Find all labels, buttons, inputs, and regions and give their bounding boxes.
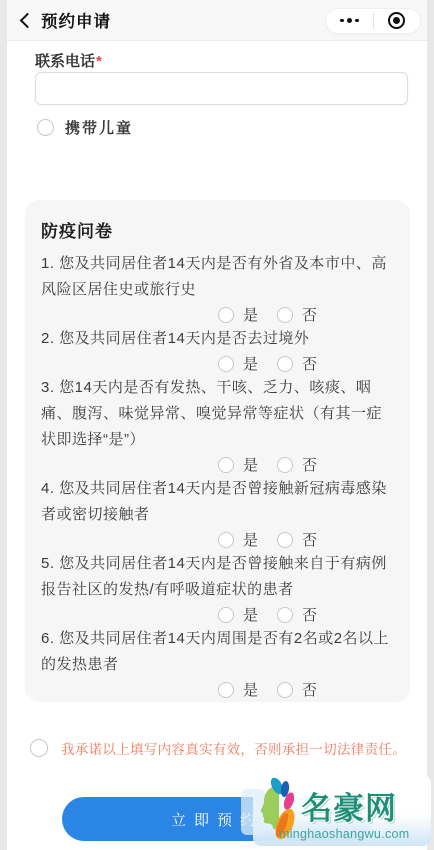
navbar: 预约申请: [7, 0, 427, 41]
question-text-3: 3. 您14天内是否有发热、干咳、乏力、咳痰、咽痛、腹泻、味觉异常、嗅觉异常等症…: [41, 375, 394, 453]
question-text-2: 2. 您及共同居住者14天内是否去过境外: [41, 326, 394, 352]
q5-radio-no[interactable]: [277, 607, 293, 623]
q2-radio-yes[interactable]: [218, 356, 234, 372]
q3-radio-no[interactable]: [277, 457, 293, 473]
chevron-left-icon: [19, 12, 35, 28]
back-button[interactable]: [7, 0, 41, 41]
q1-radio-no-label[interactable]: 否: [302, 304, 317, 325]
question-options-3: 是 否: [41, 453, 394, 476]
question-text-6: 6. 您及共同居住者14天内周围是否有2名或2名以上的发热患者: [41, 626, 394, 678]
question-options-5: 是 否: [41, 603, 394, 626]
agreement-row[interactable]: 我承诺以上填写内容真实有效，否则承担一切法律责任。: [30, 738, 420, 758]
page-title: 预约申请: [41, 8, 111, 32]
q3-radio-yes-label[interactable]: 是: [243, 454, 258, 475]
questionnaire-card: 防疫问卷 1. 您及共同居住者14天内是否有外省及本市中、高风险区居住史或旅行史…: [25, 200, 410, 702]
q6-radio-no[interactable]: [277, 682, 293, 698]
q6-radio-no-label[interactable]: 否: [302, 679, 317, 700]
question-options-4: 是 否: [41, 528, 394, 551]
question-options-2: 是 否: [41, 352, 394, 375]
q2-radio-no[interactable]: [277, 356, 293, 372]
question-block-4: 4. 您及共同居住者14天内是否曾接触新冠病毒感染者或密切接触者 是 否: [41, 476, 394, 551]
question-block-6: 6. 您及共同居住者14天内周围是否有2名或2名以上的发热患者 是 否: [41, 626, 394, 701]
phone-input[interactable]: [35, 72, 408, 105]
children-radio[interactable]: [37, 119, 54, 136]
agreement-text: 我承诺以上填写内容真实有效，否则承担一切法律责任。: [61, 738, 406, 758]
question-options-6: 是 否: [41, 678, 394, 701]
question-text-4: 4. 您及共同居住者14天内是否曾接触新冠病毒感染者或密切接触者: [41, 476, 394, 528]
question-text-5: 5. 您及共同居住者14天内是否曾接触来自于有病例报告社区的发热/有呼吸道症状的…: [41, 551, 394, 603]
phone-field-label: 联系电话*: [35, 50, 102, 71]
close-minimize-button[interactable]: [374, 9, 421, 33]
q5-radio-yes-label[interactable]: 是: [243, 604, 258, 625]
q5-radio-yes[interactable]: [218, 607, 234, 623]
question-block-3: 3. 您14天内是否有发热、干咳、乏力、咳痰、咽痛、腹泻、味觉异常、嗅觉异常等症…: [41, 375, 394, 476]
q4-radio-yes-label[interactable]: 是: [243, 529, 258, 550]
q6-radio-yes[interactable]: [218, 682, 234, 698]
watermark: 名豪网 minghaoshangwu.com: [253, 775, 431, 846]
question-block-2: 2. 您及共同居住者14天内是否去过境外 是 否: [41, 326, 394, 375]
question-text-1: 1. 您及共同居住者14天内是否有外省及本市中、高风险区居住史或旅行史: [41, 251, 394, 303]
question-options-1: 是 否: [41, 303, 394, 326]
question-block-1: 1. 您及共同居住者14天内是否有外省及本市中、高风险区居住史或旅行史 是 否: [41, 251, 394, 326]
q3-radio-yes[interactable]: [218, 457, 234, 473]
circle-dot-icon: [388, 12, 405, 29]
q6-radio-yes-label[interactable]: 是: [243, 679, 258, 700]
q3-radio-no-label[interactable]: 否: [302, 454, 317, 475]
children-option-row[interactable]: 携带儿童: [37, 117, 133, 138]
watermark-site-url: minghaoshangwu.com: [279, 827, 409, 841]
q4-radio-no-label[interactable]: 否: [302, 529, 317, 550]
wechat-capsule: [325, 8, 421, 34]
q1-radio-no[interactable]: [277, 307, 293, 323]
children-option-label: 携带儿童: [65, 117, 133, 138]
required-asterisk: *: [96, 53, 102, 70]
phone-label-text: 联系电话: [35, 53, 95, 70]
q1-radio-yes-label[interactable]: 是: [243, 304, 258, 325]
q4-radio-yes[interactable]: [218, 532, 234, 548]
agreement-radio[interactable]: [30, 739, 48, 757]
q2-radio-no-label[interactable]: 否: [302, 353, 317, 374]
q1-radio-yes[interactable]: [218, 307, 234, 323]
app-screen: 预约申请 联系电话* 携带儿童 防疫问卷 1. 您及共同居住者14天内是否有外省…: [7, 0, 427, 850]
more-button[interactable]: [326, 9, 373, 33]
three-dots-icon: [340, 18, 359, 24]
q5-radio-no-label[interactable]: 否: [302, 604, 317, 625]
q2-radio-yes-label[interactable]: 是: [243, 353, 258, 374]
questionnaire-title: 防疫问卷: [41, 217, 394, 242]
watermark-site-name: 名豪网: [301, 783, 397, 828]
question-block-5: 5. 您及共同居住者14天内是否曾接触来自于有病例报告社区的发热/有呼吸道症状的…: [41, 551, 394, 626]
q4-radio-no[interactable]: [277, 532, 293, 548]
